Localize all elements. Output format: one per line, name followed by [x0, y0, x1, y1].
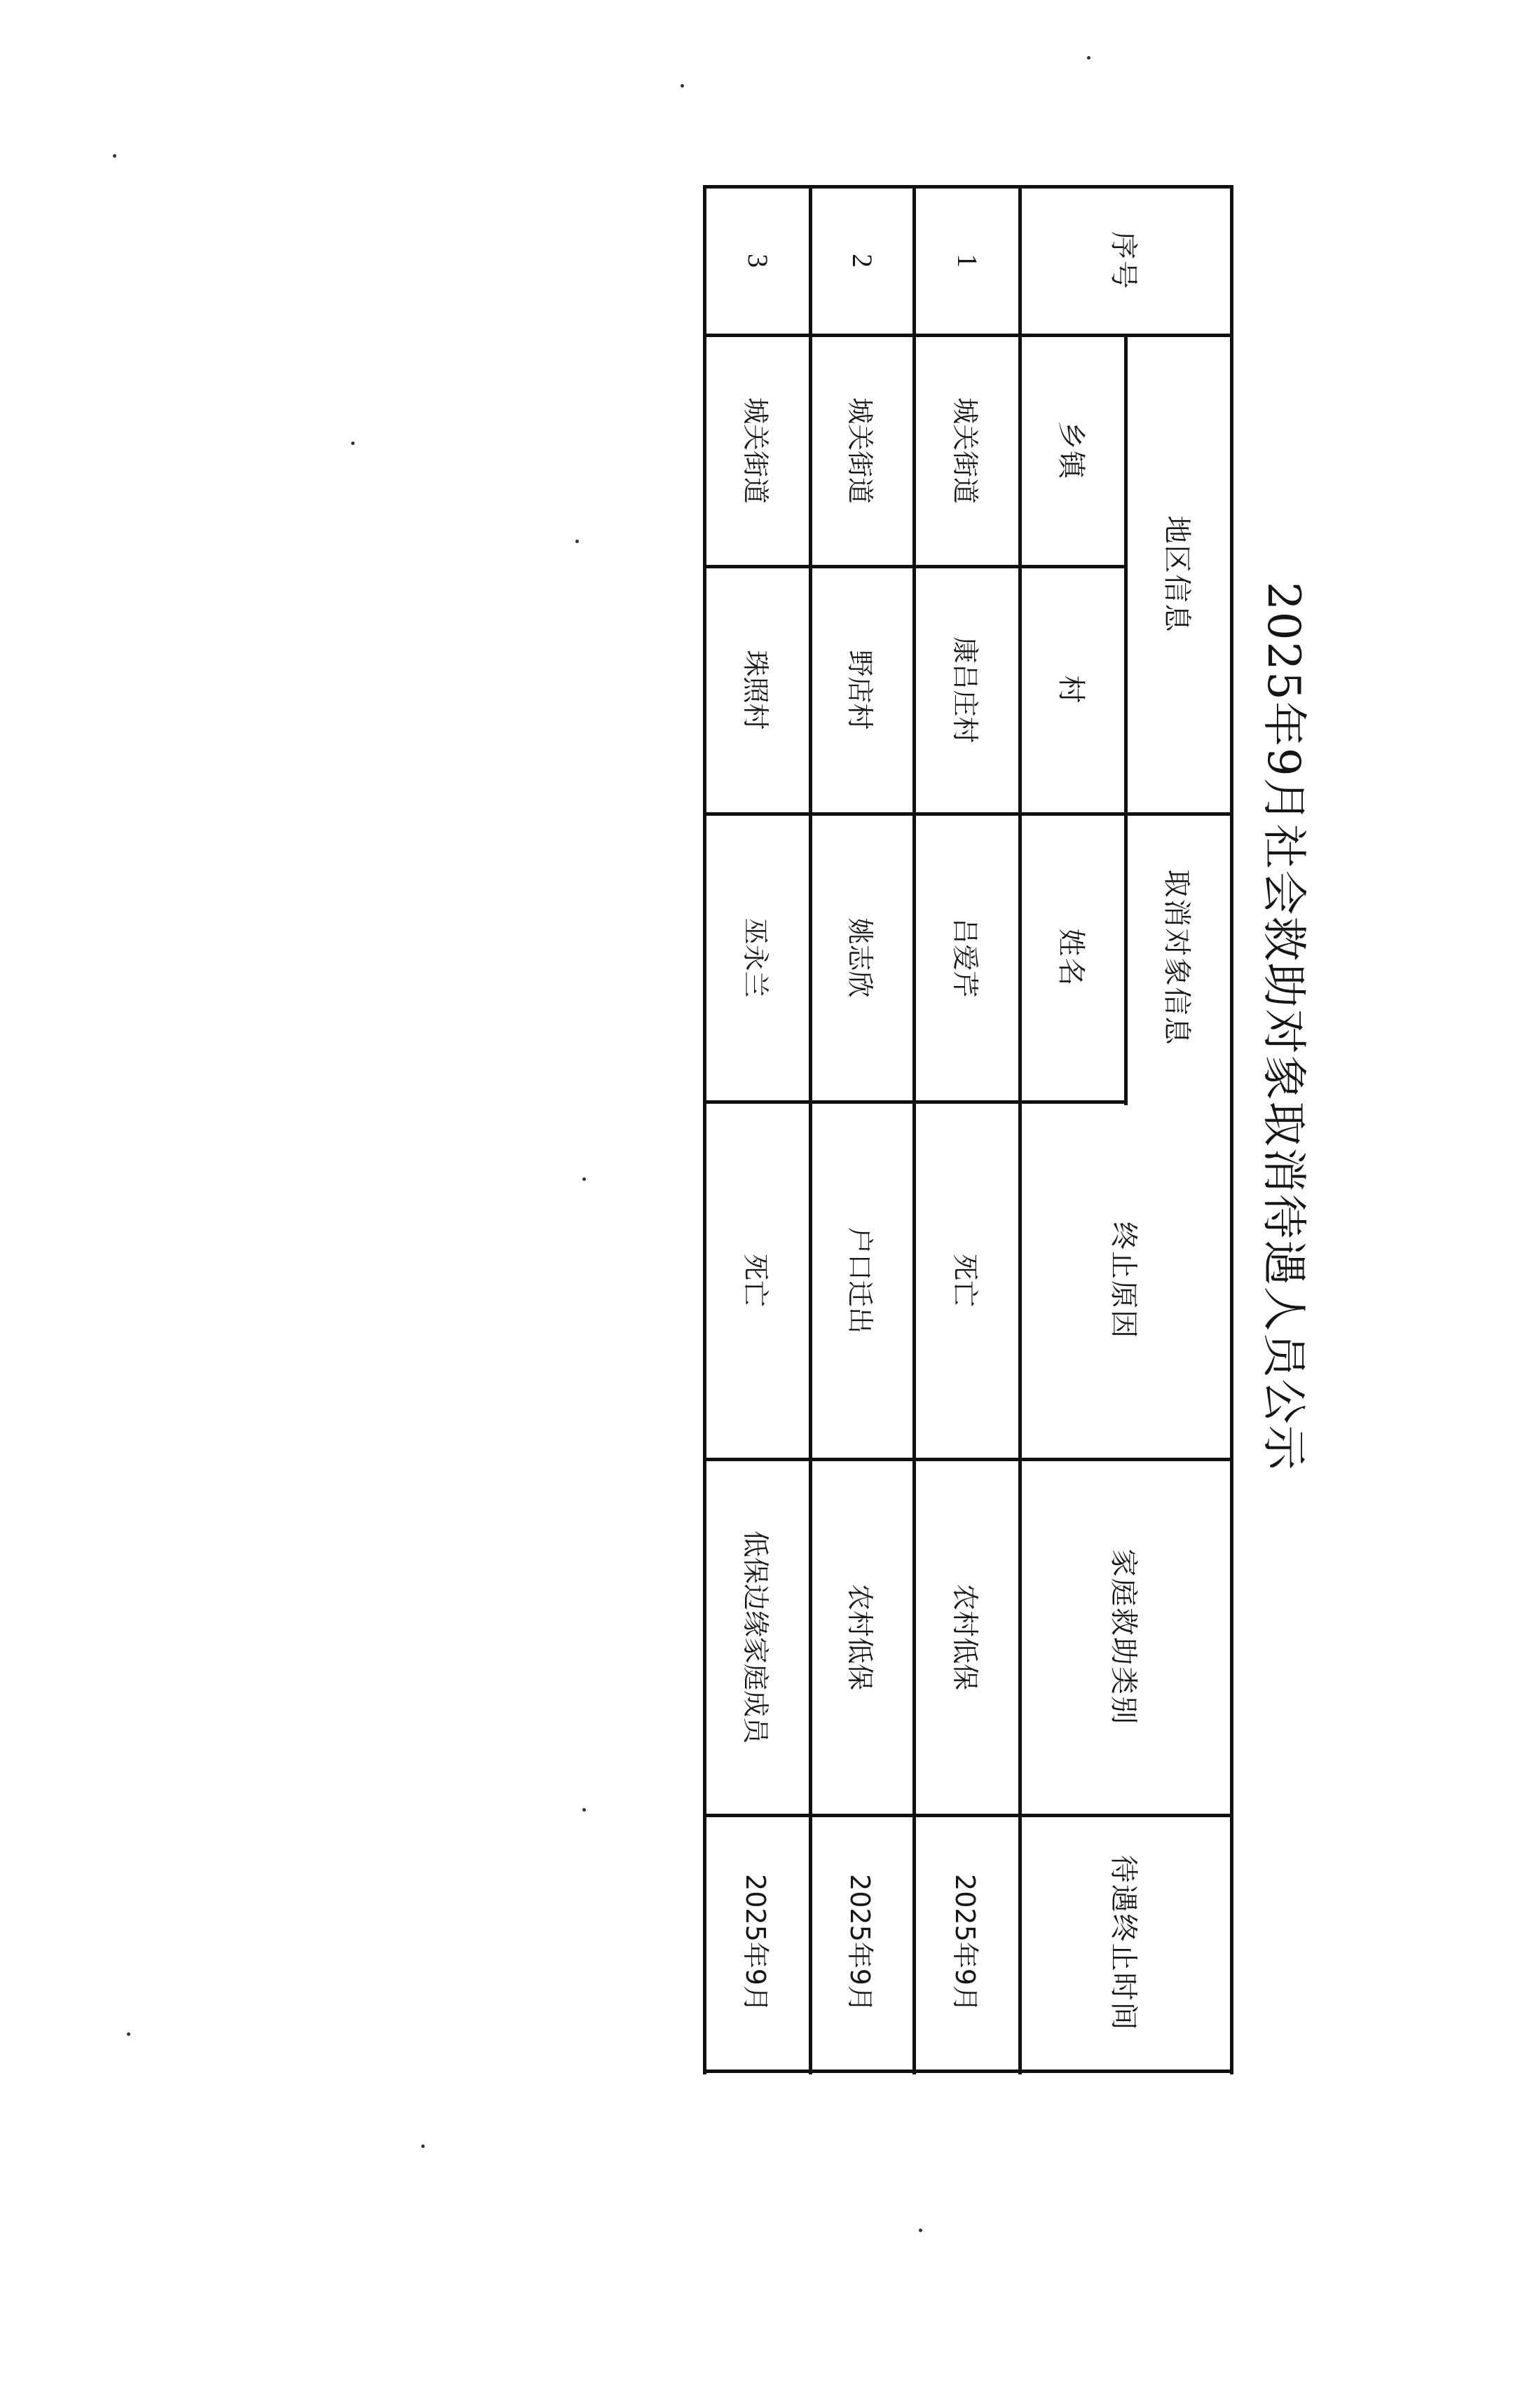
header-index: 序号	[1020, 186, 1232, 335]
header-group-cancelled-person-info: 取消对象信息	[1126, 814, 1232, 1102]
header-termination-time: 待遇终止时间	[1020, 1815, 1232, 2071]
scan-speck	[113, 154, 116, 158]
cell-index: 1	[915, 186, 1020, 335]
cell-index: 2	[811, 186, 915, 335]
cell-termination-reason: 死亡	[705, 1102, 811, 1459]
cell-name: 吕爱芹	[915, 814, 1020, 1102]
cell-village: 康吕庄村	[915, 566, 1020, 814]
cell-township: 城关街道	[705, 335, 811, 566]
cell-assistance-category: 农村低保	[811, 1459, 915, 1815]
rotated-document-page: 2025年9月社会救助对象取消待遇人员公示 序号 地区信息 取消对象信息 乡镇 …	[0, 0, 1525, 2408]
header-assistance-category: 家庭救助类别	[1020, 1459, 1232, 1815]
cell-termination-reason: 死亡	[915, 1102, 1020, 1459]
cell-name: 巫永兰	[705, 814, 811, 1102]
cell-termination-reason: 户口迁出	[811, 1102, 915, 1459]
scan-speck	[421, 2144, 425, 2148]
cell-township: 城关街道	[811, 335, 915, 566]
cell-index: 3	[705, 186, 811, 335]
scan-speck	[919, 2229, 922, 2232]
cell-name: 姚志欣	[811, 814, 915, 1102]
relief-termination-table: 序号 地区信息 取消对象信息 乡镇 村 姓名 终止原因 家庭救助类别 待遇终止时…	[0, 0, 1525, 2408]
scan-speck	[582, 1808, 586, 1812]
scan-speck	[127, 2032, 130, 2036]
header-group-region-info: 地区信息	[1126, 335, 1232, 814]
scan-speck	[351, 442, 355, 445]
cell-village: 野店村	[811, 566, 915, 814]
cell-termination-time: 2025年9月	[705, 1815, 811, 2071]
cell-assistance-category: 农村低保	[915, 1459, 1020, 1815]
scan-speck	[1087, 56, 1090, 60]
cell-assistance-category: 低保边缘家庭成员	[705, 1459, 811, 1815]
header-township: 乡镇	[1020, 335, 1126, 566]
scan-speck	[681, 84, 684, 88]
header-village: 村	[1020, 566, 1126, 814]
cell-termination-time: 2025年9月	[915, 1815, 1020, 2071]
cell-termination-time: 2025年9月	[811, 1815, 915, 2071]
header-name: 姓名	[1020, 814, 1126, 1102]
cell-village: 珠照村	[705, 566, 811, 814]
scan-speck	[582, 1177, 586, 1181]
header-termination-reason: 终止原因	[1020, 1102, 1232, 1459]
scan-speck	[575, 540, 579, 543]
cell-township: 城关街道	[915, 335, 1020, 566]
